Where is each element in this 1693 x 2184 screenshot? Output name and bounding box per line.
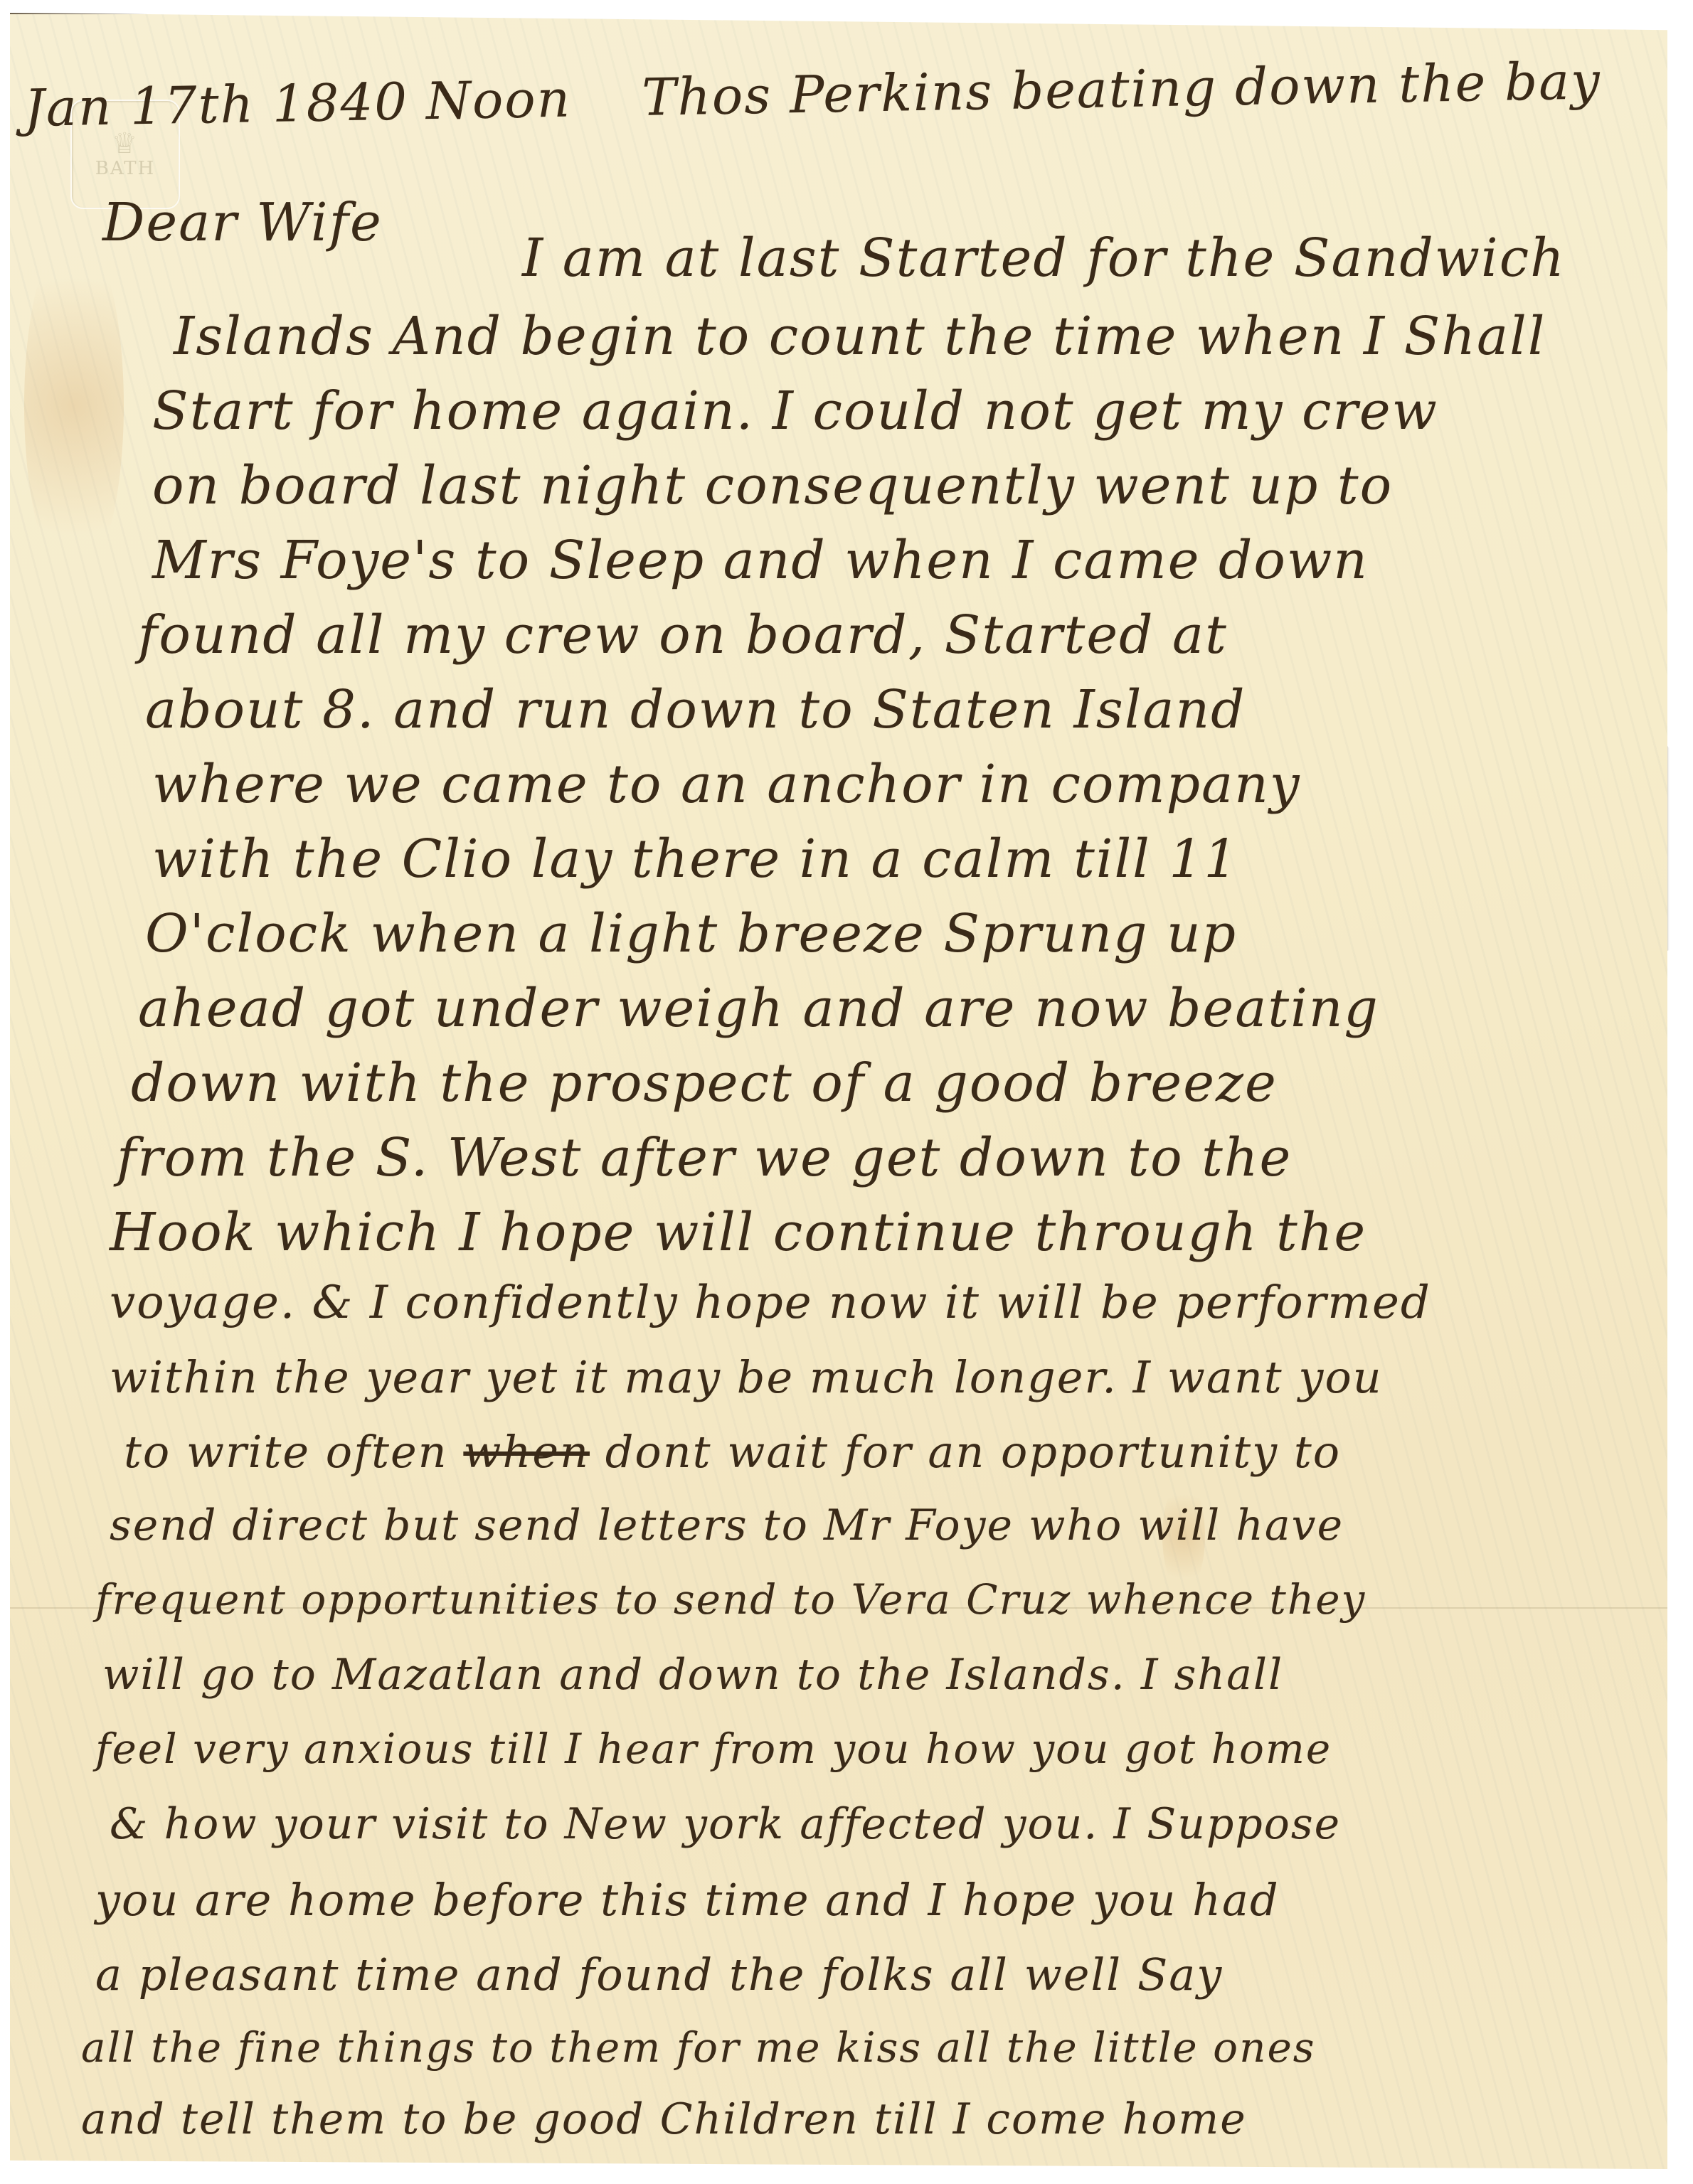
letter-line: you are home before this time and I hope… xyxy=(95,1874,1280,1926)
letter-line: down with the prospect of a good breeze xyxy=(131,1053,1278,1114)
letter-line: Mrs Foye's to Sleep and when I came down xyxy=(152,530,1369,591)
letter-line: on board last night consequently went up… xyxy=(152,455,1393,516)
letter-line: and tell them to be good Children till I… xyxy=(81,2094,1247,2144)
letter-line: ahead got under weigh and are now beatin… xyxy=(138,978,1379,1039)
letter-line: will go to Mazatlan and down to the Isla… xyxy=(102,1650,1283,1700)
letter-line: where we came to an anchor in company xyxy=(152,754,1301,815)
stamp-text: BATH xyxy=(95,158,155,179)
letter-line: voyage. & I confidently hope now it will… xyxy=(110,1277,1431,1329)
letter-line: Hook which I hope will continue through … xyxy=(110,1202,1366,1263)
letter-line: Islands And begin to count the time when… xyxy=(174,306,1546,367)
letter-line: to write often when dont wait for an opp… xyxy=(124,1426,1341,1478)
letter-line: within the year yet it may be much longe… xyxy=(110,1351,1383,1403)
letter-page: ♕ BATH Jan 17th 1840 Noon Thos Perkins b… xyxy=(10,13,1667,2169)
letter-line: with the Clio lay there in a calm till 1… xyxy=(152,829,1239,890)
letter-line: about 8. and run down to Staten Island xyxy=(145,679,1246,740)
letter-line: frequent opportunities to send to Vera C… xyxy=(95,1575,1366,1624)
letter-line: all the fine things to them for me kiss … xyxy=(81,2023,1316,2072)
letter-text: to write often xyxy=(124,1426,448,1478)
letter-line: feel very anxious till I hear from you h… xyxy=(95,1725,1332,1773)
letter-line: & how your visit to New york affected yo… xyxy=(110,1799,1341,1849)
struck-word: when xyxy=(463,1426,590,1478)
letter-line: from the S. West after we get down to th… xyxy=(117,1127,1292,1188)
age-stain xyxy=(24,228,124,583)
letter-text: dont wait for an opportunity to xyxy=(605,1426,1341,1478)
letter-line: found all my crew on board, Started at xyxy=(138,604,1228,666)
letter-line: I am at last Started for the Sandwich xyxy=(522,228,1566,289)
letter-line: a pleasant time and found the folks all … xyxy=(95,1949,1223,2001)
salutation: Dear Wife xyxy=(102,192,383,253)
letter-line: O'clock when a light breeze Sprung up xyxy=(145,903,1237,964)
letter-line: Start for home again. I could not get my… xyxy=(152,380,1438,442)
letter-line: send direct but send letters to Mr Foye … xyxy=(110,1501,1344,1550)
letter-date: Jan 17th 1840 Noon xyxy=(23,69,571,138)
